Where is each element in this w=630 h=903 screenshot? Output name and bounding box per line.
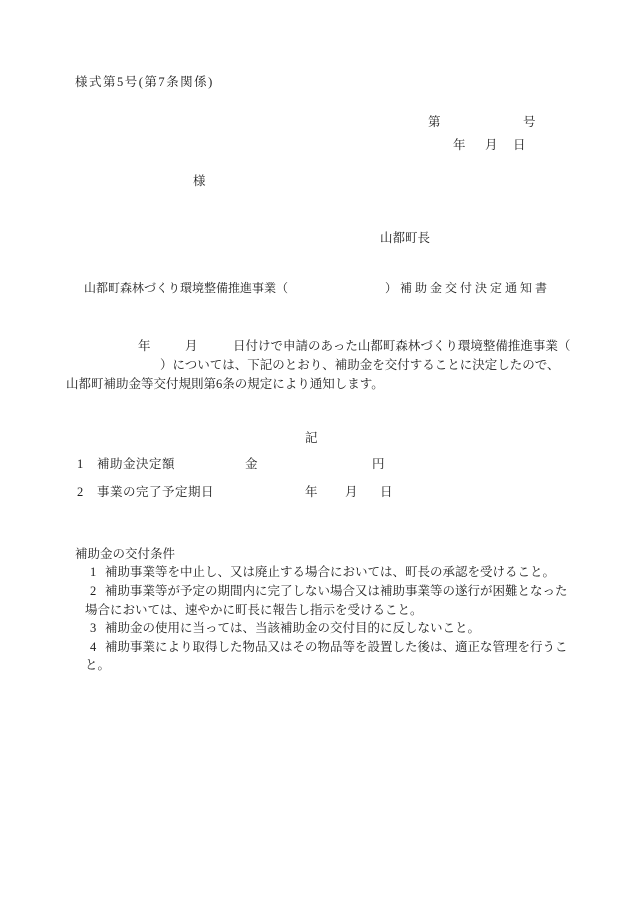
- record-item2-number: 2: [77, 485, 83, 501]
- condition-2-text-line1: 補助事業等が予定の期間内に完了しない場合又は補助事業等の遂行が困難となった: [105, 584, 568, 600]
- record-item2-day: 日: [380, 485, 393, 501]
- body-line3-text: 山都町補助金等交付規則第6条の規定により通知します。: [66, 377, 384, 393]
- record-item2-month: 月: [345, 485, 358, 501]
- record-item1-number: 1: [77, 457, 83, 473]
- body-line1-text: 日付けで申請のあった山都町森林づくり環境整備推進事業（: [233, 339, 570, 355]
- form-number: 様式第5号(第7条関係): [75, 75, 214, 91]
- record-item1-label: 補助金決定額: [97, 457, 175, 473]
- body-line1-month: 月: [185, 339, 198, 355]
- record-heading: 記: [305, 431, 318, 447]
- condition-3-number: 3: [90, 621, 96, 637]
- conditions-heading: 補助金の交付条件: [75, 547, 175, 563]
- record-item2-label: 事業の完了予定期日: [97, 485, 214, 501]
- sender-name: 山都町長: [380, 231, 430, 247]
- addressee-honorific: 様: [193, 174, 206, 190]
- condition-2-text-line2: 場合においては、速やかに町長に報告し指示を受けること。: [85, 603, 423, 619]
- condition-4-text-line1: 補助事業により取得した物品又はその物品等を設置した後は、適正な管理を行うこ: [105, 640, 568, 656]
- condition-1-number: 1: [90, 565, 96, 581]
- document-page: 様式第5号(第7条関係) 第 号 年 月 日 様 山都町長 山都町森林づくり環境…: [0, 0, 630, 903]
- body-line2-text: ）については、下記のとおり、補助金を交付することに決定したので、: [160, 358, 560, 374]
- doc-number-suffix: 号: [523, 115, 536, 131]
- condition-3-text: 補助金の使用に当っては、当該補助金の交付目的に反しないこと。: [105, 621, 480, 637]
- condition-4-number: 4: [90, 640, 96, 656]
- document-title-part2: ）補助金交付決定通知書: [385, 281, 550, 296]
- doc-number-prefix: 第: [428, 115, 441, 131]
- record-item1-amount-prefix: 金: [245, 457, 258, 473]
- issue-date-day: 日: [513, 138, 526, 154]
- issue-date-month: 月: [485, 138, 498, 154]
- condition-1-text: 補助事業等を中止し、又は廃止する場合においては、町長の承認を受けること。: [105, 565, 555, 581]
- record-item2-year: 年: [305, 485, 318, 501]
- condition-4-text-line2: と。: [85, 658, 110, 674]
- record-item1-amount-suffix: 円: [372, 457, 385, 473]
- document-title-part1: 山都町森林づくり環境整備推進事業（: [84, 281, 288, 296]
- body-line1-year: 年: [138, 339, 151, 355]
- condition-2-number: 2: [90, 584, 96, 600]
- issue-date-year: 年: [453, 138, 466, 154]
